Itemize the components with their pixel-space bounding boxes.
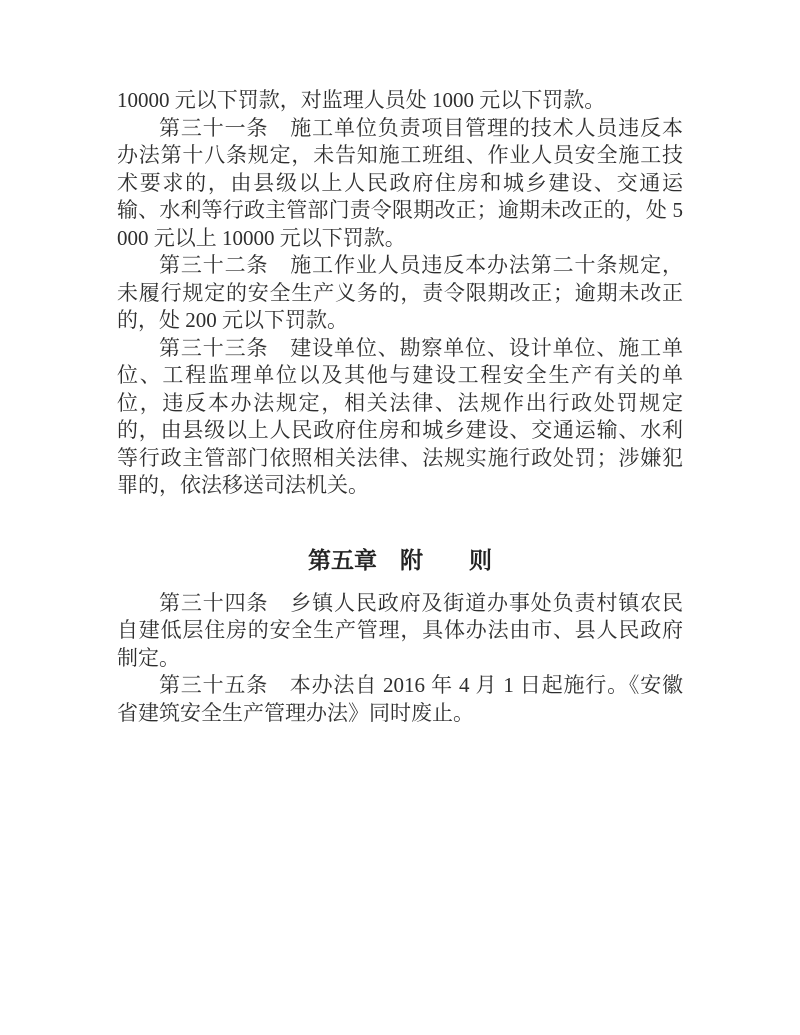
paragraph-article-33: 第三十三条 建设单位、勘察单位、设计单位、施工单位、工程监理单位以及其他与建设工…	[117, 335, 683, 500]
chapter-heading: 第五章 附 则	[117, 544, 683, 576]
paragraph-article-32: 第三十二条 施工作业人员违反本办法第二十条规定，未履行规定的安全生产义务的，责令…	[117, 252, 683, 335]
paragraph-continuation: 10000 元以下罚款，对监理人员处 1000 元以下罚款。	[117, 87, 683, 115]
paragraph-article-35: 第三十五条 本办法自 2016 年 4 月 1 日起施行。《安徽省建筑安全生产管…	[117, 672, 683, 727]
document-page: 10000 元以下罚款，对监理人员处 1000 元以下罚款。 第三十一条 施工单…	[117, 0, 683, 727]
page: { "document": { "colors": { "background"…	[0, 0, 800, 1035]
paragraph-article-31: 第三十一条 施工单位负责项目管理的技术人员违反本办法第十八条规定，未告知施工班组…	[117, 115, 683, 253]
paragraph-article-34: 第三十四条 乡镇人民政府及街道办事处负责村镇农民自建低层住房的安全生产管理，具体…	[117, 590, 683, 673]
